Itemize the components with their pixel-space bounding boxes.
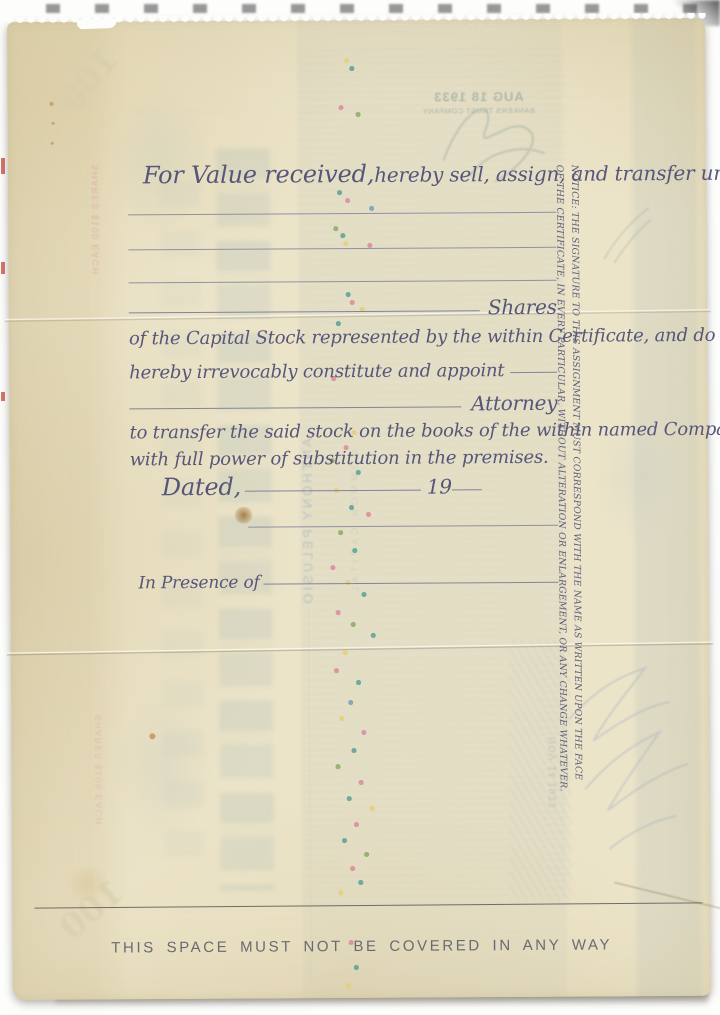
- opening-clause-row: For Value received, hereby sell, assign,…: [143, 159, 555, 190]
- confetti-dot: [336, 610, 341, 615]
- scan-edge-shadow-top: [46, 4, 718, 13]
- confetti-dot: [370, 806, 375, 811]
- attorney-name-blank-2: [129, 406, 461, 409]
- signature-notice-line2: OF THE CERTIFICATE, IN EVERY PARTICULAR,…: [552, 165, 570, 643]
- clause-certificate: of the Capital Stock represented by the …: [129, 325, 716, 350]
- witness-signature-blank: [264, 582, 559, 585]
- clause-appoint: hereby irrevocably constitute and appoin…: [129, 360, 504, 383]
- confetti-dot: [366, 512, 371, 517]
- confetti-dot: [352, 548, 357, 553]
- witness-row: In Presence of: [138, 571, 558, 594]
- attorney-label: Attorney: [471, 391, 557, 416]
- confetti-dot: [343, 650, 348, 655]
- confetti-dot: [344, 58, 349, 63]
- year-blank: [452, 489, 482, 490]
- confetti-dot: [364, 852, 369, 857]
- confetti-dot: [333, 226, 338, 231]
- confetti-dot: [336, 764, 341, 769]
- scanned-certificate-back: { "assignment_form": { "opening_prefix":…: [0, 0, 720, 1015]
- confetti-dot: [371, 633, 376, 638]
- confetti-dot: [356, 112, 361, 117]
- confetti-dot: [356, 680, 361, 685]
- confetti-dot: [343, 241, 348, 246]
- scan-red-mark: [1, 262, 5, 274]
- clause-substitution: with full power of substitution in the p…: [130, 447, 549, 471]
- confetti-dot: [354, 822, 359, 827]
- date-blank: [245, 490, 421, 492]
- confetti-dot: [350, 866, 355, 871]
- confetti-dot: [338, 530, 343, 535]
- confetti-dot: [339, 716, 344, 721]
- confetti-dot: [334, 668, 339, 673]
- confetti-dot: [361, 730, 366, 735]
- clause-appoint-row: hereby irrevocably constitute and appoin…: [129, 360, 557, 384]
- dated-label: Dated,: [162, 473, 241, 501]
- confetti-dot: [349, 505, 354, 510]
- certificate-paper: 100 100 AUG 18 1933 BANKERS TRUST COMPAN…: [7, 18, 711, 1000]
- confetti-dot: [337, 190, 342, 195]
- signature-notice-line1: NOTICE: THE SIGNATURE TO THIS ASSIGNMENT…: [567, 165, 585, 643]
- shares-count-blank: [129, 310, 480, 313]
- confetti-dot: [351, 622, 356, 627]
- confetti-dot: [345, 198, 350, 203]
- confetti-dot: [362, 592, 367, 597]
- scan-red-mark: [1, 392, 5, 401]
- confetti-dot: [348, 700, 353, 705]
- attorney-name-blank: [510, 372, 557, 373]
- dated-row: Dated, 19: [162, 471, 482, 501]
- confetti-dot: [351, 748, 356, 753]
- confetti-dot: [347, 796, 352, 801]
- confetti-dot: [349, 66, 354, 71]
- confetti-dot: [354, 965, 359, 970]
- confetti-dot: [336, 321, 341, 326]
- year-prefix: 19: [427, 474, 452, 498]
- signature-notice: NOTICE: THE SIGNATURE TO THIS ASSIGNMENT…: [552, 165, 585, 643]
- attorney-row: Attorney: [129, 391, 557, 418]
- clause-transfer: to transfer the said stock on the books …: [129, 419, 720, 444]
- confetti-dot: [359, 780, 364, 785]
- scan-red-mark: [1, 158, 5, 174]
- confetti-dot: [339, 105, 344, 110]
- shares-row: Shares: [129, 295, 557, 322]
- confetti-dot: [340, 233, 345, 238]
- confetti-dot: [346, 983, 351, 988]
- confetti-dot: [330, 565, 335, 570]
- witness-label: In Presence of: [138, 573, 259, 594]
- confetti-dot: [369, 206, 374, 211]
- confetti-dot: [342, 838, 347, 843]
- confetti-dot: [338, 890, 343, 895]
- confetti-dot: [358, 880, 363, 885]
- shares-label: Shares: [488, 295, 557, 319]
- opening-clause-prefix: For Value received,: [143, 160, 374, 189]
- confetti-dot: [367, 243, 372, 248]
- opening-clause-suffix: hereby sell, assign, and transfer unto: [374, 161, 720, 187]
